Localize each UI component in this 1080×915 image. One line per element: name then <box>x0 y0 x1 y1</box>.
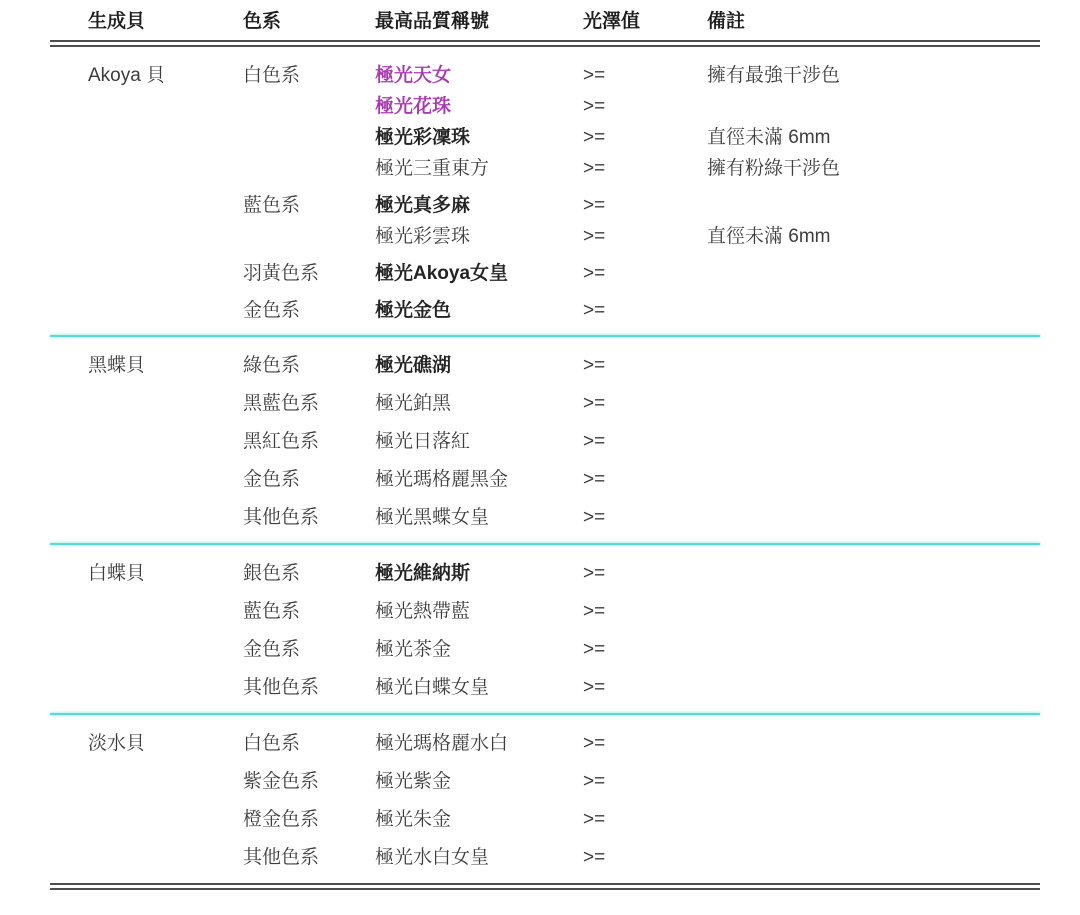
header-cell-luster: 光澤值 <box>583 11 707 33</box>
table-row: 羽黃色系 極光Akoya女皇 >= <box>50 258 1040 289</box>
title-cell: 極光三重東方 <box>375 153 583 184</box>
table-row: 藍色系 極光熱帶藍 >= <box>50 596 1040 628</box>
title-cell: 極光熱帶藍 <box>375 596 583 628</box>
note-cell: 擁有粉綠干涉色 <box>707 153 1040 184</box>
note-cell <box>707 426 1040 458</box>
color-cell: 金色系 <box>243 634 375 666</box>
title-cell: 極光瑪格麗黑金 <box>375 464 583 496</box>
luster-cell: >= <box>583 634 707 666</box>
header-cell-title: 最高品質稱號 <box>375 11 583 33</box>
luster-cell: >= <box>583 122 707 153</box>
note-cell <box>707 634 1040 666</box>
title-cell: 極光水白女皇 <box>375 842 583 874</box>
table-row: 金色系 極光茶金 >= <box>50 634 1040 666</box>
title-cell: 極光真多麻 <box>375 190 583 221</box>
header-cell-note: 備註 <box>707 11 1040 33</box>
shell-cell <box>88 672 243 704</box>
luster-cell: >= <box>583 426 707 458</box>
color-cell: 其他色系 <box>243 672 375 704</box>
title-cell: 極光瑪格麗水白 <box>375 728 583 760</box>
table-row: 黑蝶貝 綠色系 極光礁湖 >= <box>50 350 1040 382</box>
luster-cell: >= <box>583 153 707 184</box>
note-cell <box>707 558 1040 590</box>
table-row: 白蝶貝 銀色系 極光維納斯 >= <box>50 558 1040 590</box>
note-cell <box>707 842 1040 874</box>
note-cell <box>707 672 1040 704</box>
note-cell <box>707 596 1040 628</box>
luster-cell: >= <box>583 91 707 122</box>
title-cell: 極光鉑黑 <box>375 388 583 420</box>
note-cell <box>707 91 1040 122</box>
color-cell: 其他色系 <box>243 842 375 874</box>
shell-cell: Akoya 貝 <box>88 60 243 91</box>
title-cell: 極光Akoya女皇 <box>375 258 583 289</box>
shell-cell <box>88 464 243 496</box>
title-cell: 極光花珠 <box>375 91 583 122</box>
section-white-lip: 白蝶貝 銀色系 極光維納斯 >= 藍色系 極光熱帶藍 >= 金色系 極光茶金 >… <box>50 545 1040 713</box>
title-cell: 極光黑蝶女皇 <box>375 502 583 534</box>
luster-cell: >= <box>583 502 707 534</box>
shell-cell <box>88 426 243 458</box>
color-cell: 白色系 <box>243 728 375 760</box>
note-cell <box>707 728 1040 760</box>
shell-cell <box>88 842 243 874</box>
note-cell <box>707 804 1040 836</box>
header-cell-color: 色系 <box>243 11 375 33</box>
table-row: 淡水貝 白色系 極光瑪格麗水白 >= <box>50 728 1040 760</box>
shell-cell <box>88 122 243 153</box>
color-cell: 銀色系 <box>243 558 375 590</box>
title-cell: 極光白蝶女皇 <box>375 672 583 704</box>
color-cell: 橙金色系 <box>243 804 375 836</box>
color-cell: 黑紅色系 <box>243 426 375 458</box>
luster-cell: >= <box>583 728 707 760</box>
luster-cell: >= <box>583 258 707 289</box>
luster-cell: >= <box>583 221 707 252</box>
title-cell: 極光朱金 <box>375 804 583 836</box>
title-cell: 極光彩雲珠 <box>375 221 583 252</box>
top-double-rule <box>50 40 1040 47</box>
color-cell: 白色系 <box>243 60 375 91</box>
note-cell <box>707 388 1040 420</box>
table-row: 黑紅色系 極光日落紅 >= <box>50 426 1040 458</box>
table-header-row: 生成貝 色系 最高品質稱號 光澤值 備註 <box>50 0 1040 40</box>
table-row: 金色系 極光金色 >= <box>50 295 1040 326</box>
color-cell: 黑藍色系 <box>243 388 375 420</box>
luster-cell: >= <box>583 388 707 420</box>
color-cell <box>243 221 375 252</box>
luster-cell: >= <box>583 842 707 874</box>
shell-cell <box>88 295 243 326</box>
color-cell <box>243 91 375 122</box>
shell-cell <box>88 190 243 221</box>
shell-cell <box>88 766 243 798</box>
luster-cell: >= <box>583 190 707 221</box>
note-cell <box>707 464 1040 496</box>
table-row: Akoya 貝 白色系 極光天女 >= 擁有最強干涉色 <box>50 60 1040 91</box>
luster-cell: >= <box>583 60 707 91</box>
color-cell: 藍色系 <box>243 596 375 628</box>
note-cell <box>707 502 1040 534</box>
table-row: 橙金色系 極光朱金 >= <box>50 804 1040 836</box>
note-cell <box>707 766 1040 798</box>
table-row: 藍色系 極光真多麻 >= <box>50 190 1040 221</box>
luster-cell: >= <box>583 558 707 590</box>
title-cell: 極光茶金 <box>375 634 583 666</box>
pearl-grade-table: 生成貝 色系 最高品質稱號 光澤值 備註 Akoya 貝 白色系 極光天女 >=… <box>50 0 1040 890</box>
shell-cell <box>88 502 243 534</box>
luster-cell: >= <box>583 295 707 326</box>
note-cell <box>707 295 1040 326</box>
table-row: 紫金色系 極光紫金 >= <box>50 766 1040 798</box>
color-cell: 金色系 <box>243 295 375 326</box>
table-row: 極光三重東方 >= 擁有粉綠干涉色 <box>50 153 1040 184</box>
shell-cell <box>88 258 243 289</box>
luster-cell: >= <box>583 350 707 382</box>
header-cell-shell: 生成貝 <box>88 11 243 33</box>
title-cell: 極光紫金 <box>375 766 583 798</box>
color-cell: 紫金色系 <box>243 766 375 798</box>
note-cell: 擁有最強干涉色 <box>707 60 1040 91</box>
bottom-double-rule <box>50 883 1040 890</box>
shell-cell <box>88 91 243 122</box>
color-cell: 金色系 <box>243 464 375 496</box>
table-row: 黑藍色系 極光鉑黑 >= <box>50 388 1040 420</box>
color-cell <box>243 153 375 184</box>
color-cell: 羽黃色系 <box>243 258 375 289</box>
table-row: 其他色系 極光白蝶女皇 >= <box>50 672 1040 704</box>
luster-cell: >= <box>583 596 707 628</box>
luster-cell: >= <box>583 766 707 798</box>
title-cell: 極光彩凜珠 <box>375 122 583 153</box>
luster-cell: >= <box>583 804 707 836</box>
note-cell <box>707 350 1040 382</box>
title-cell: 極光金色 <box>375 295 583 326</box>
shell-cell <box>88 804 243 836</box>
shell-cell <box>88 153 243 184</box>
table-row: 其他色系 極光水白女皇 >= <box>50 842 1040 874</box>
note-cell <box>707 258 1040 289</box>
color-cell: 綠色系 <box>243 350 375 382</box>
title-cell: 極光礁湖 <box>375 350 583 382</box>
title-cell: 極光日落紅 <box>375 426 583 458</box>
color-cell: 其他色系 <box>243 502 375 534</box>
table-row: 極光彩凜珠 >= 直徑未滿 6mm <box>50 122 1040 153</box>
note-cell <box>707 190 1040 221</box>
shell-cell: 白蝶貝 <box>88 558 243 590</box>
note-cell: 直徑未滿 6mm <box>707 221 1040 252</box>
luster-cell: >= <box>583 464 707 496</box>
title-cell: 極光天女 <box>375 60 583 91</box>
table-row: 其他色系 極光黑蝶女皇 >= <box>50 502 1040 534</box>
note-cell: 直徑未滿 6mm <box>707 122 1040 153</box>
section-akoya: Akoya 貝 白色系 極光天女 >= 擁有最強干涉色 極光花珠 >= 極光彩凜… <box>50 47 1040 335</box>
title-cell: 極光維納斯 <box>375 558 583 590</box>
color-cell: 藍色系 <box>243 190 375 221</box>
shell-cell <box>88 596 243 628</box>
table-row: 金色系 極光瑪格麗黑金 >= <box>50 464 1040 496</box>
section-freshwater: 淡水貝 白色系 極光瑪格麗水白 >= 紫金色系 極光紫金 >= 橙金色系 極光朱… <box>50 715 1040 883</box>
shell-cell <box>88 221 243 252</box>
shell-cell: 黑蝶貝 <box>88 350 243 382</box>
shell-cell <box>88 388 243 420</box>
section-black-lip: 黑蝶貝 綠色系 極光礁湖 >= 黑藍色系 極光鉑黑 >= 黑紅色系 極光日落紅 … <box>50 337 1040 543</box>
shell-cell: 淡水貝 <box>88 728 243 760</box>
luster-cell: >= <box>583 672 707 704</box>
shell-cell <box>88 634 243 666</box>
table-row: 極光花珠 >= <box>50 91 1040 122</box>
table-row: 極光彩雲珠 >= 直徑未滿 6mm <box>50 221 1040 252</box>
color-cell <box>243 122 375 153</box>
